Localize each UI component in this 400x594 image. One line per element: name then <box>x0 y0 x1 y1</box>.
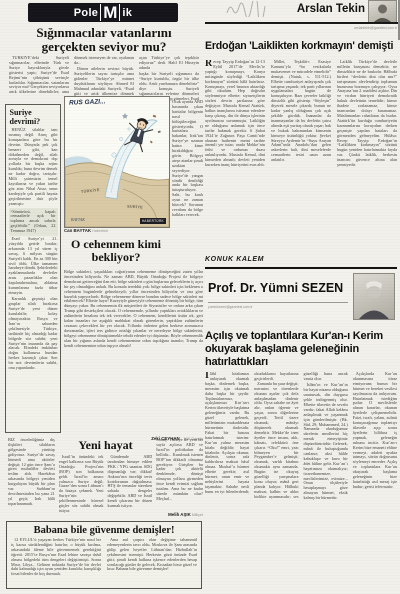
guest-body: İ lâhî kitabımızı anlayarak okumak başka… <box>205 372 397 590</box>
guest-author-photo <box>353 273 395 320</box>
guest-author-box: Prof. Dr. Yümni SEZEN yumnisezen@gazetes… <box>205 267 397 321</box>
hell-body: Bölge sakinleri, yaşadıkları coğrafyanın… <box>64 270 203 425</box>
cartoon-credit-source: Habertürk <box>92 229 108 233</box>
newlife-col1: BİZ öncelediğimiz dış ilişkileri silahla… <box>8 438 55 517</box>
guest-divider <box>208 302 348 303</box>
father-headline: Babana bile güvenme demişler! <box>11 525 197 536</box>
sidebar-headline: Suriye devrimi? <box>10 108 58 126</box>
newlife-source: Milliyet <box>192 513 203 517</box>
newlife-byline: Melih AŞIK Milliyet <box>168 513 203 517</box>
newlife-author: Melih AŞIK <box>168 512 191 517</box>
father-article: Babana bile güvenme demişler! 12 EYLÜL’ü… <box>6 521 202 589</box>
logo-text: ik <box>122 7 132 19</box>
newlife-headline: Yeni hayat <box>59 438 153 453</box>
guest-section-label: KONUK KALEM <box>205 256 264 263</box>
cartoon-credit-name: Can BAYTAK <box>64 228 91 233</box>
father-col2: Ama asıl çarpıcı olan değişime tahammül … <box>107 538 197 572</box>
newlife-article: BİZ öncelediğimiz dış ilişkileri silahla… <box>8 438 203 517</box>
syria-sidebar: Suriye devrimi? HENÜZ silahlar tam susmu… <box>5 104 61 433</box>
tekin-col1: ecep Tayyip Erdoğan’ın 12-13 Eylül 2017’… <box>205 60 265 167</box>
tekin-author-name: Arslan Tekin <box>205 3 365 15</box>
editorial-cartoon: RUS GAZI... TÜRKİYE SURİYE BAYTAK HABERT… <box>64 96 170 228</box>
newlife-col3: Gündemde ABD tarafından himaye edilen PK… <box>108 455 153 509</box>
guest-col3: İslâm’ın ve Kur’an’ın bir hayat nizamı o… <box>304 383 348 501</box>
guest-email: yumnisezen@gazetesi.com.tr <box>208 305 253 309</box>
newlife-col4: Sonuç: Türkiye ile yeni bir sayfa açılır… <box>156 438 203 501</box>
sidebar-quote: “Sömürücü, kapalı cemaatlerle açık bir t… <box>9 208 58 236</box>
guest-headline: Açılış ve toplantılara Kur'an-ı Kerim ok… <box>205 330 398 369</box>
newspaper-page: Pole M ik Sığınmacılar vatanlarını gerçe… <box>0 0 400 594</box>
sidebar-body2: Esed Suriye’yi 21. yüzyılda geride bırak… <box>9 237 58 296</box>
refugees-headline: Sığınmacılar vatanlarını gerçekten seviy… <box>8 26 200 53</box>
logo-text: Pole <box>74 7 98 19</box>
tekin-body: R ecep Tayyip Erdoğan’ın 12-13 Eylül 201… <box>205 60 397 250</box>
tekin-col3: Laiklik Türkiye’de devletle milletin bar… <box>337 60 397 168</box>
father-col1: 12 EYLÜL’ü yaşayan herkes Türkiye’nin na… <box>11 538 101 577</box>
sidebar-body3: Karanlık geçmişi olan gruplar silah bıra… <box>9 297 58 371</box>
guest-col4: Açılışlarda Kur’an okunmasına itiraz etm… <box>353 372 397 490</box>
cartoon-source-logo: HABERTÜRK <box>140 218 166 224</box>
guest-author-name: Prof. Dr. Yümni SEZEN <box>208 281 343 295</box>
tekin-headline: Erdoğan 'Laiklikten korkmayın' demişti <box>205 40 398 52</box>
hell-side-column: Ocak ayında ABD basınında çıkan haritala… <box>172 100 203 264</box>
cartoon-drawing-icon <box>65 97 169 227</box>
tekin-email: arslantekin@gazetesi.com.tr <box>205 26 397 30</box>
tekin-col2: Millet, Teşkilât-ı Esasiye Kanunu’yla “b… <box>271 60 331 163</box>
newlife-middle: Yeni hayat İsrail’in önündeki tek engel … <box>59 438 153 517</box>
polemik-logo: Pole M ik <box>28 3 178 22</box>
cartoon-credit: Can BAYTAK Habertürk <box>64 228 168 233</box>
tekin-dropcap: R <box>205 60 213 68</box>
sidebar-body1: HENÜZ silahlar tam susmuş değil. Arınç g… <box>9 128 58 207</box>
logo-m: M <box>100 4 120 21</box>
cartoon-caption-text: RUS GAZI... <box>69 98 106 106</box>
newlife-col2: İsrail’in önündeki tek engel kalkınca sı… <box>59 455 104 514</box>
cartoonist-signature: BAYTAK <box>71 217 85 222</box>
tekin-header-rule <box>205 22 398 24</box>
newlife-col4-wrap: Sonuç: Türkiye ile yeni bir sayfa açılır… <box>156 438 203 517</box>
hell-headline: O cehennem kimi bekliyor? <box>64 238 168 263</box>
tekin-author-photo <box>368 0 397 24</box>
